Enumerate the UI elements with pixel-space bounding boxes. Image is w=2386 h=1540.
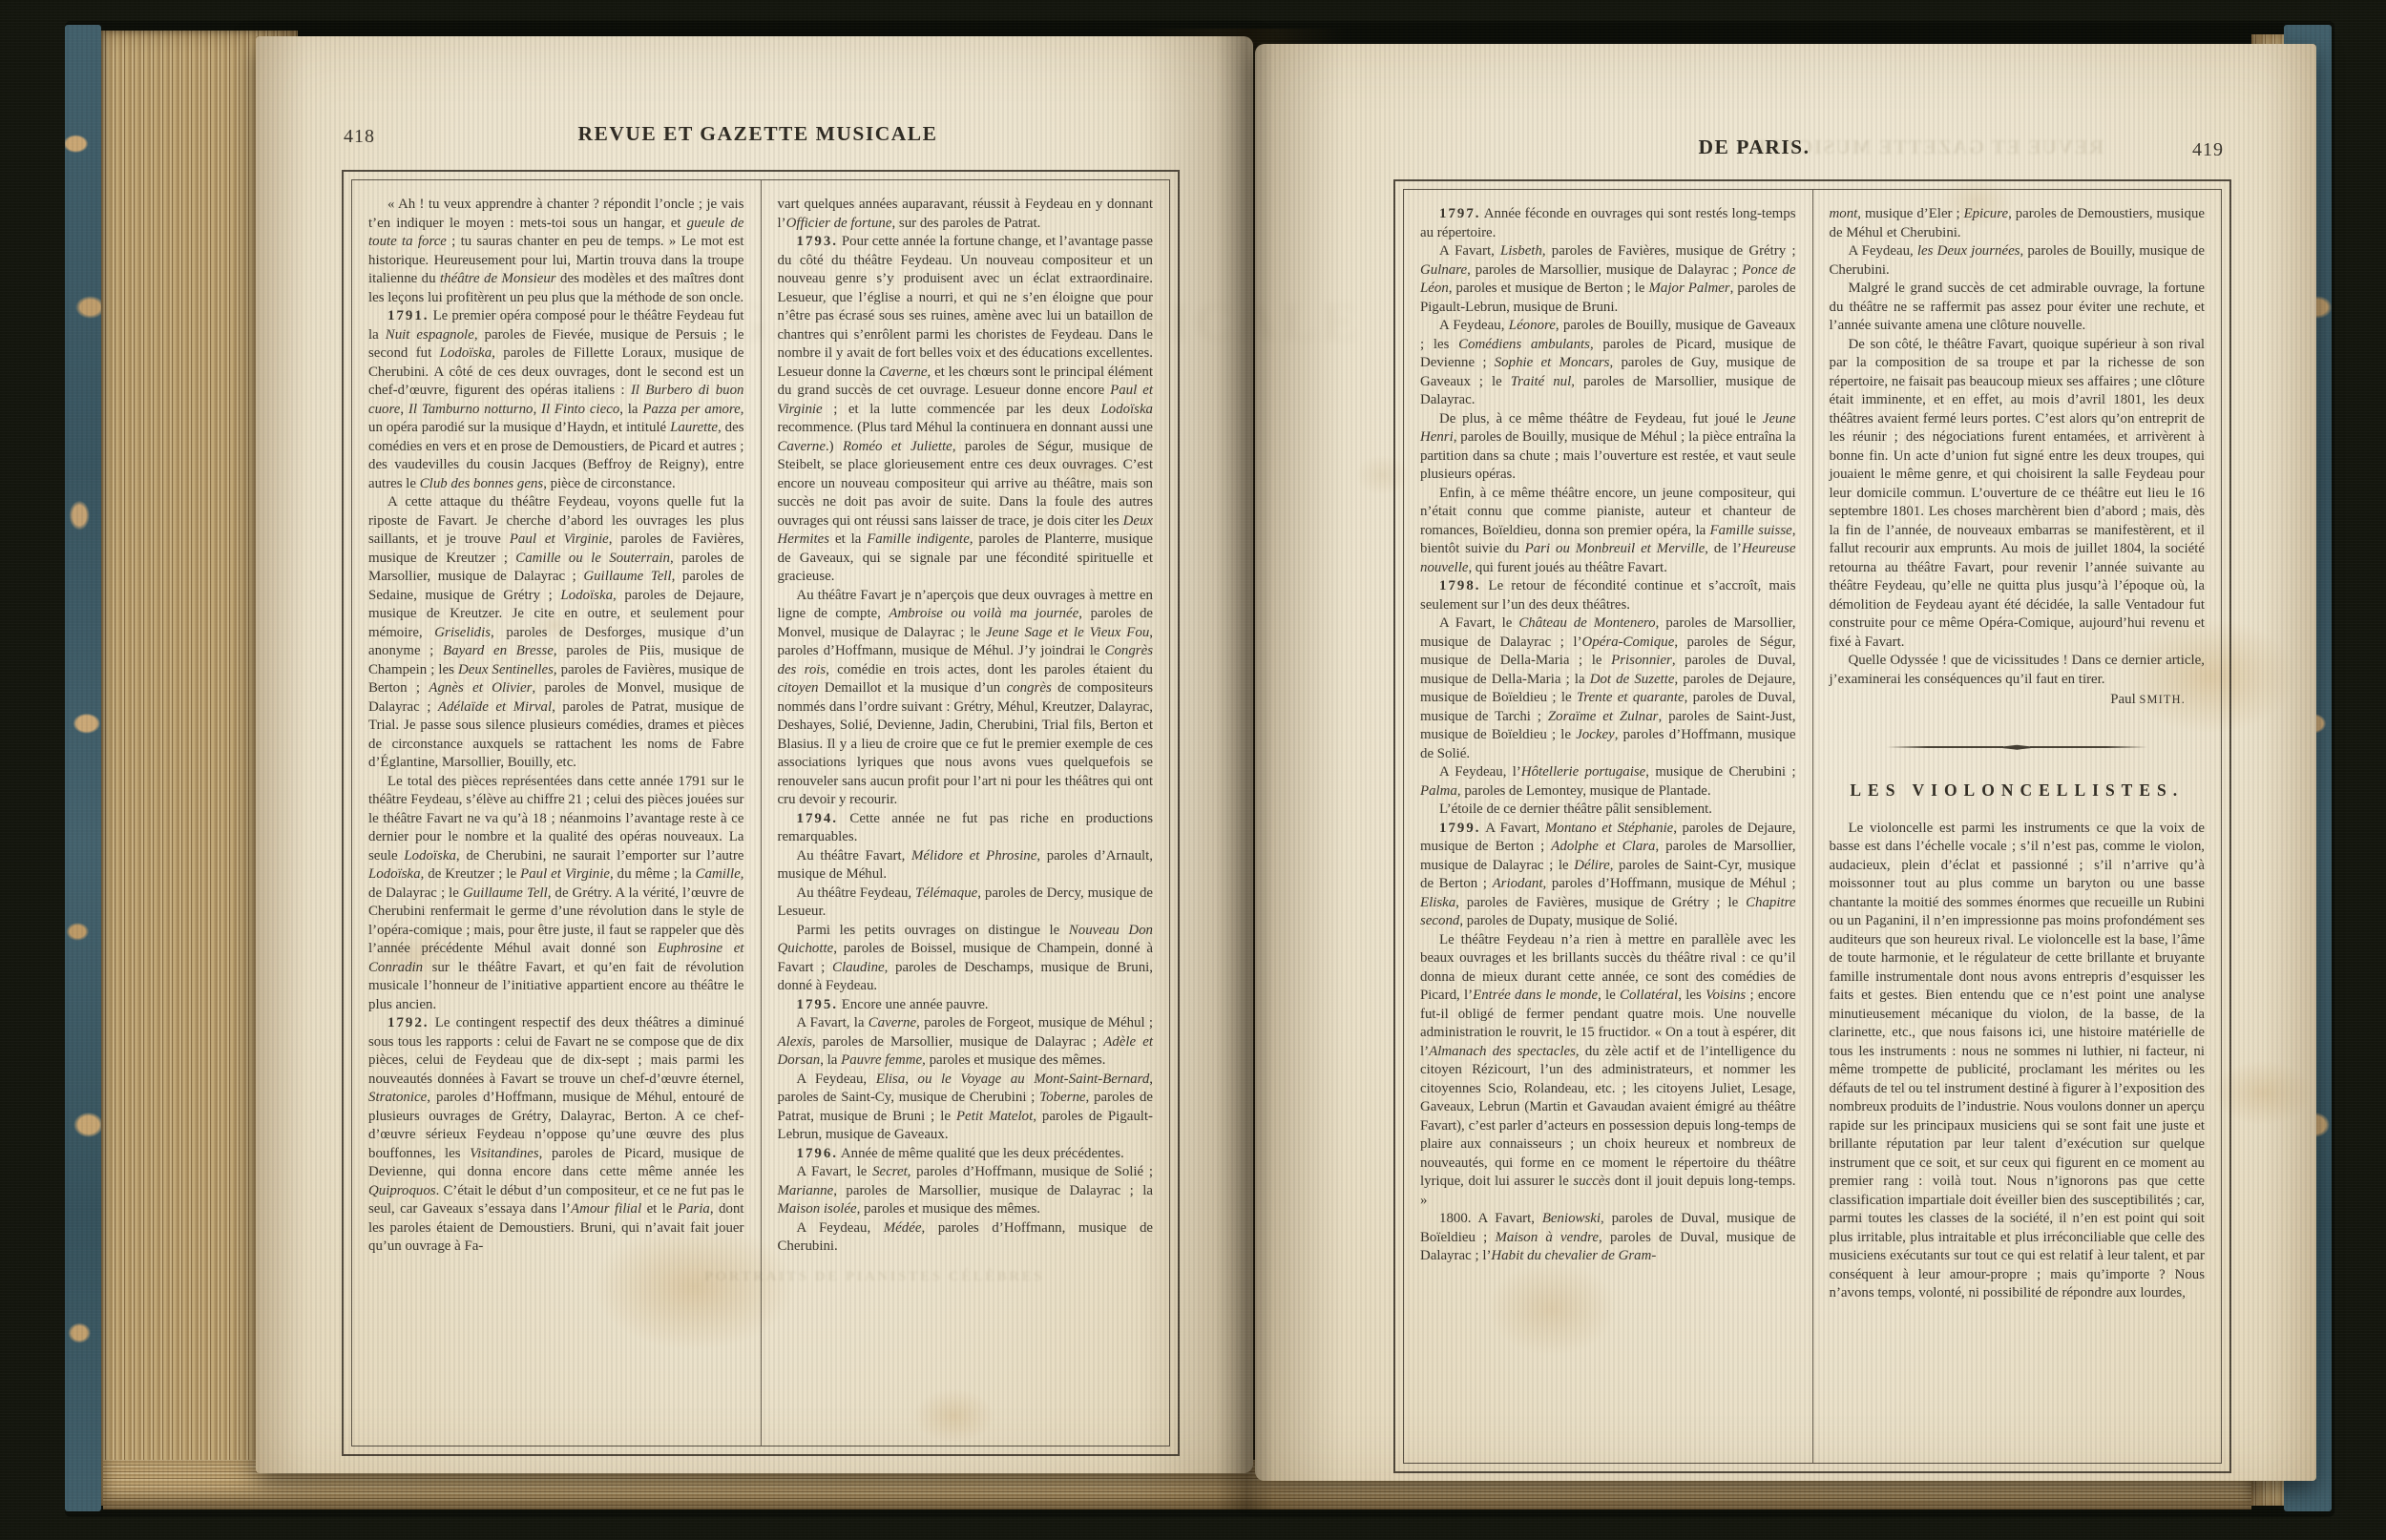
paragraph: 1798. Le retour de fécondité continue et… [1420,577,1796,614]
paragraph: A Feydeau, Médée, paroles d’Hoffmann, mu… [778,1219,1154,1257]
paragraph: Enfin, à ce même théâtre encore, un jeun… [1420,485,1796,578]
paragraph: A Feydeau, Léonore, paroles de Bouilly, … [1420,317,1796,410]
scanned-journal-photo: REVUE ET GAZETTE MUSICALE PORTRAITS DE P… [0,0,2386,1540]
open-book: REVUE ET GAZETTE MUSICALE PORTRAITS DE P… [65,21,2334,1517]
paragraph: Quelle Odyssée ! que de vicissitudes ! D… [1830,652,2206,689]
paragraph: 1796. Année de même qualité que les deux… [778,1145,1154,1164]
paragraph: Parmi les petits ouvrages on distingue l… [778,922,1154,996]
paragraph: Malgré le grand succès de cet admirable … [1830,280,2206,336]
paragraph: A Favart, Lisbeth, paroles de Favières, … [1420,242,1796,317]
column-layout: « Ah ! tu veux apprendre à chanter ? rép… [352,180,1169,1446]
paragraph: Le théâtre Feydeau n’a rien à mettre en … [1420,931,1796,1211]
page-header-left: 418 REVUE ET GAZETTE MUSICALE [342,122,1174,155]
paragraph: L’étoile de ce dernier théâtre pâlit sen… [1420,801,1796,820]
paragraph: 1794. Cette année ne fut pas riche en pr… [778,810,1154,847]
running-title: REVUE ET GAZETTE MUSICALE [342,122,1174,146]
paragraph: Au théâtre Feydeau, Télémaque, paroles d… [778,884,1154,922]
text-frame-inner-rule: « Ah ! tu veux apprendre à chanter ? rép… [351,179,1170,1446]
paragraph: 1792. Le contingent respectif des deux t… [368,1014,744,1257]
ornamental-divider: ◆ [1887,739,2148,758]
paragraph: 1799. A Favart, Montano et Stéphanie, pa… [1420,820,1796,931]
column-layout: 1797. Année féconde en ouvrages qui sont… [1404,190,2221,1463]
text-column-2: vart quelques années auparavant, réussit… [761,180,1170,1446]
running-title: DE PARIS. [1338,135,2170,159]
paragraph: Au théâtre Favart, Mélidore et Phrosine,… [778,847,1154,884]
paragraph: 1795. Encore une année pauvre. [778,996,1154,1015]
paragraph: A Feydeau, l’Hôtellerie portugaise, musi… [1420,763,1796,801]
paragraph: mont, musique d’Eler ; Epicure, paroles … [1830,205,2206,242]
paragraph: « Ah ! tu veux apprendre à chanter ? rép… [368,196,744,307]
marbled-cover-edge-left [65,25,101,1511]
page-header-right: DE PARIS. 419 [1393,135,2226,168]
text-frame-inner-rule: 1797. Année féconde en ouvrages qui sont… [1403,189,2222,1464]
paragraph: A Feydeau, les Deux journées, paroles de… [1830,242,2206,280]
text-column-1: « Ah ! tu veux apprendre à chanter ? rép… [352,180,761,1446]
paragraph: A Favart, le Secret, paroles d’Hoffmann,… [778,1163,1154,1219]
article-title: LES VIOLONCELLISTES. [1830,781,2206,801]
author-signature: Paul Smith. [1830,691,2187,710]
text-column-2: mont, musique d’Eler ; Epicure, paroles … [1812,190,2222,1463]
paragraph: A Feydeau, Elisa, ou le Voyage au Mont-S… [778,1071,1154,1145]
paragraph: De plus, à ce même théâtre de Feydeau, f… [1420,410,1796,485]
paragraph: Le total des pièces représentées dans ce… [368,773,744,1015]
text-column-1: 1797. Année féconde en ouvrages qui sont… [1404,190,1812,1463]
paragraph: A Favart, le Château de Montenero, parol… [1420,614,1796,763]
page-418: REVUE ET GAZETTE MUSICALE PORTRAITS DE P… [256,36,1253,1473]
paragraph: 1793. Pour cette année la fortune change… [778,233,1154,587]
page-419: REVUE ET GAZETTE MUSICALE DE PARIS. 419 … [1255,44,2316,1481]
text-frame: 1797. Année féconde en ouvrages qui sont… [1393,179,2231,1473]
paragraph: Au théâtre Favart je n’aperçois que deux… [778,587,1154,810]
paragraph: Le violoncelle est parmi les instruments… [1830,820,2206,1303]
paragraph: A Favart, la Caverne, paroles de Forgeot… [778,1014,1154,1071]
paragraph: A cette attaque du théâtre Feydeau, voyo… [368,493,744,773]
paragraph: vart quelques années auparavant, réussit… [778,196,1154,233]
page-number: 419 [2192,139,2224,161]
text-frame: « Ah ! tu veux apprendre à chanter ? rép… [342,170,1180,1456]
paragraph: 1797. Année féconde en ouvrages qui sont… [1420,205,1796,242]
paragraph: 1791. Le premier opéra composé pour le t… [368,307,744,493]
paragraph: De son côté, le théâtre Favart, quoique … [1830,336,2206,653]
paragraph: 1800. A Favart, Beniowski, paroles de Du… [1420,1210,1796,1266]
